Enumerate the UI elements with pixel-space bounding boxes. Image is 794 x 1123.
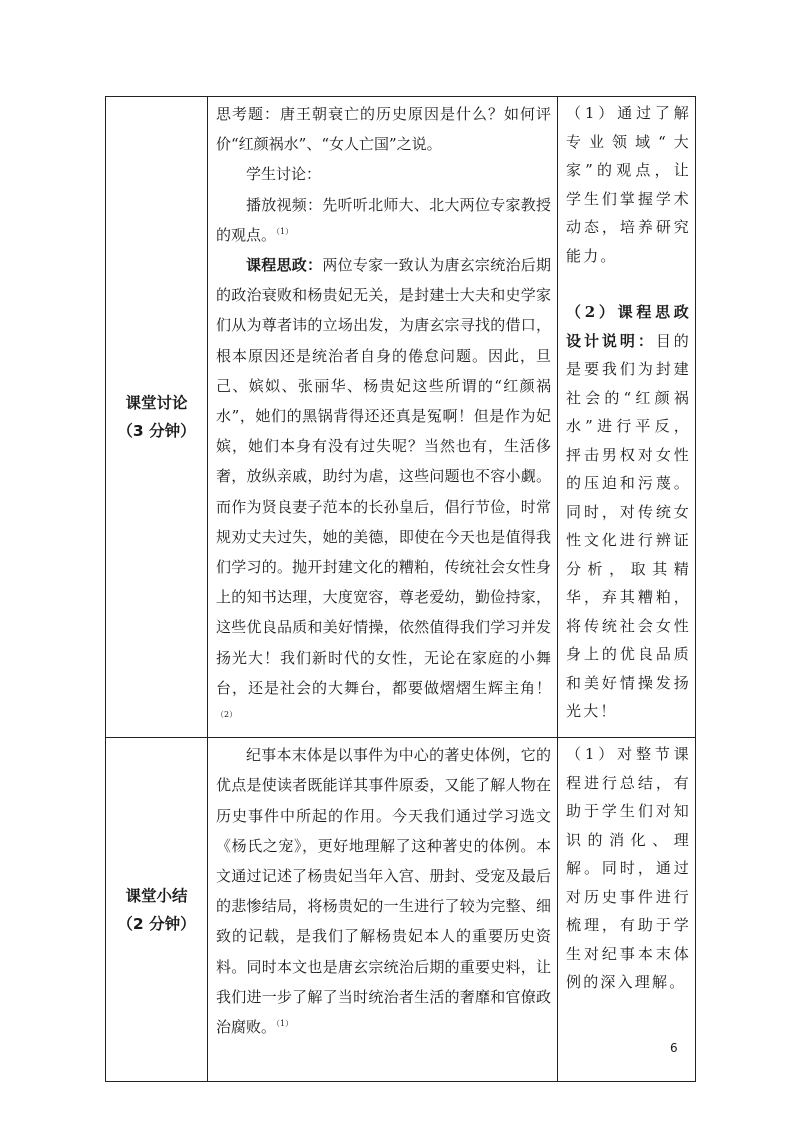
ideology-label: 课程思政： bbox=[246, 256, 322, 274]
ideology-text: 课程思政：两位专家一致认为唐玄宗统治后期的政治衰败和杨贵妃无关，是封建士大夫和史… bbox=[216, 250, 551, 733]
question-text: 思考题：唐王朝衰亡的历史原因是什么？如何评价“红颜祸水”、“女人亡国”之说。 bbox=[216, 99, 551, 159]
note-item-2: （2）课程思政设计说明：目的是要我们为封建社会的“红颜祸水”进行平反，抨击男权对… bbox=[566, 298, 691, 726]
footnote-ref: （1） bbox=[276, 227, 293, 236]
note-item-1: （1）对整节课程进行总结，有助于学生们对知识的消化、理解。同时，通过对历史事件进… bbox=[566, 740, 691, 997]
row-duration: （3 分钟） bbox=[106, 417, 207, 445]
page-number: 6 bbox=[670, 1041, 678, 1055]
row-label-discussion: 课堂讨论 （3 分钟） bbox=[106, 97, 208, 738]
footnote-ref: （2） bbox=[216, 710, 237, 719]
row-title: 课堂讨论 bbox=[106, 389, 207, 417]
row-title: 课堂小结 bbox=[106, 882, 207, 910]
row-label-summary: 课堂小结 （2 分钟） bbox=[106, 738, 208, 1082]
row-duration: （2 分钟） bbox=[106, 910, 207, 938]
main-content-summary: 纪事本末体是以事件为中心的著史体例，它的优点是使读者既能详其事件原委，又能了解人… bbox=[208, 738, 558, 1082]
note-content-summary: （1）对整节课程进行总结，有助于学生们对知识的消化、理解。同时，通过对历史事件进… bbox=[558, 738, 696, 1082]
footnote-ref: （1） bbox=[276, 1019, 293, 1028]
note-content-discussion: （1）通过了解专业领域“大家”的观点，让学生们掌握学术动态，培养研究能力。 （2… bbox=[558, 97, 696, 738]
discussion-text: 学生讨论： bbox=[216, 159, 551, 189]
table-row-summary: 课堂小结 （2 分钟） 纪事本末体是以事件为中心的著史体例，它的优点是使读者既能… bbox=[106, 738, 696, 1082]
summary-text: 纪事本末体是以事件为中心的著史体例，它的优点是使读者既能详其事件原委，又能了解人… bbox=[216, 740, 551, 1042]
summary-body: 纪事本末体是以事件为中心的著史体例，它的优点是使读者既能详其事件原委，又能了解人… bbox=[216, 746, 551, 1036]
main-content-discussion: 思考题：唐王朝衰亡的历史原因是什么？如何评价“红颜祸水”、“女人亡国”之说。 学… bbox=[208, 97, 558, 738]
ideology-body: 两位专家一致认为唐玄宗统治后期的政治衰败和杨贵妃无关，是封建士大夫和史学家们从为… bbox=[216, 256, 551, 697]
video-sentence: 播放视频：先听听北师大、北大两位专家教授的观点。 bbox=[216, 196, 551, 244]
lesson-plan-table: 课堂讨论 （3 分钟） 思考题：唐王朝衰亡的历史原因是什么？如何评价“红颜祸水”… bbox=[105, 96, 696, 1082]
note-item-1: （1）通过了解专业领域“大家”的观点，让学生们掌握学术动态，培养研究能力。 bbox=[566, 99, 691, 270]
table-row-discussion: 课堂讨论 （3 分钟） 思考题：唐王朝衰亡的历史原因是什么？如何评价“红颜祸水”… bbox=[106, 97, 696, 738]
note-item-2-body: 目的是要我们为封建社会的“红颜祸水”进行平反，抨击男权对女性的压迫和污蔑。同时，… bbox=[566, 332, 691, 721]
video-text: 播放视频：先听听北师大、北大两位专家教授的观点。（1） bbox=[216, 190, 551, 250]
